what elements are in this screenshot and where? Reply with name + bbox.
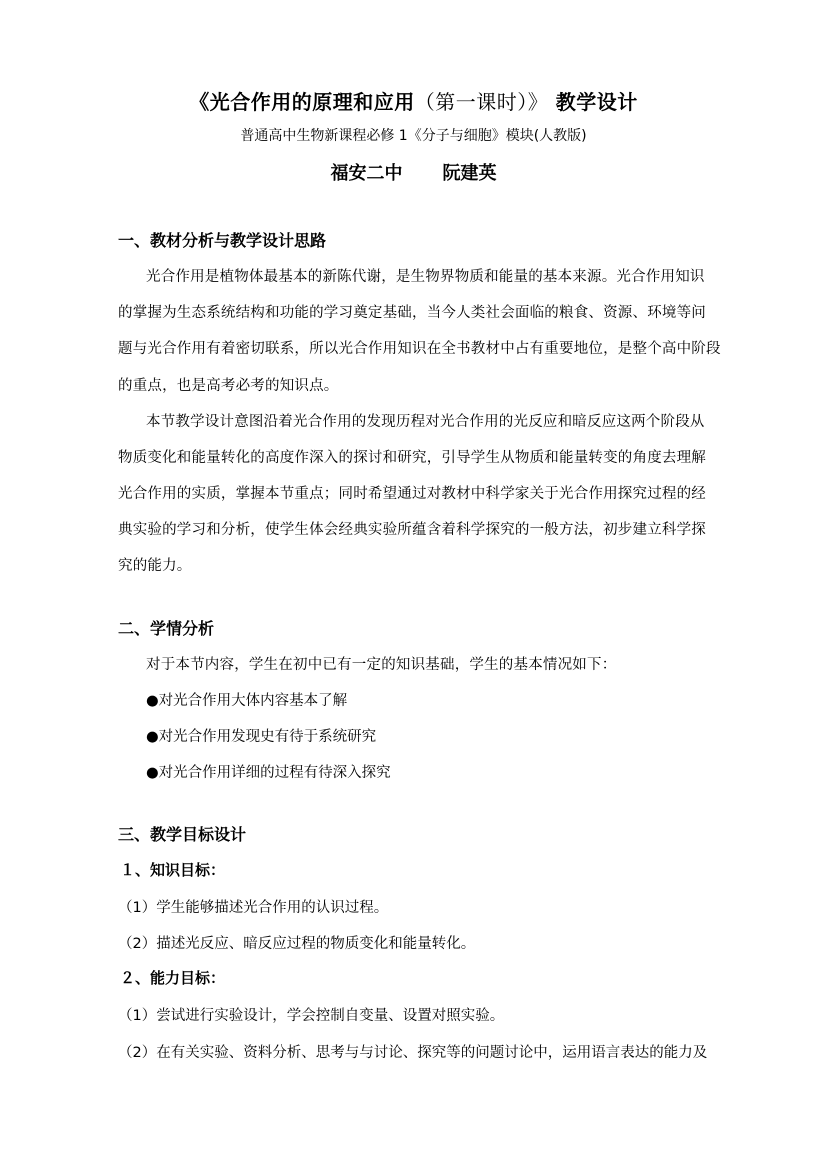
paragraph-line: 题与光合作用有着密切联系，所以光合作用知识在全书教材中占有重要地位，是整个高中阶… [118,337,721,358]
document-subtitle: 普通高中生物新课程必修 1《分子与细胞》模块(人教版) [0,125,827,145]
bullet-item: ●对光合作用发现史有待于系统研究 [146,725,376,746]
bullet-item: ●对光合作用详细的过程有待深入探究 [146,761,391,782]
paragraph-line: 本节教学设计意图沿着光合作用的发现历程对光合作用的光反应和暗反应这两个阶段从 [146,410,705,431]
subsection-heading: ２、能力目标： [120,967,225,988]
document-title: 《光合作用的原理和应用（第一课时）》 教学设计 [0,86,827,115]
section-heading-3: 三、教学目标设计 [118,822,246,845]
paragraph-line: 物质变化和能量转化的高度作深入的探讨和研究，引导学生从物质和能量转变的角度去理解 [118,446,706,467]
author-name: 阮建英 [443,163,497,184]
objective-item: （2）在有关实验、资料分析、思考与与讨论、探究等的问题讨论中，运用语言表达的能力… [118,1041,707,1062]
author-school: 福安二中 [331,163,403,184]
document-page: 《光合作用的原理和应用（第一课时）》 教学设计 普通高中生物新课程必修 1《分子… [0,0,827,1170]
section-heading-2: 二、学情分析 [118,616,214,639]
section-intro: 对于本节内容，学生在初中已有一定的知识基础，学生的基本情况如下： [146,653,616,674]
bullet-item: ●对光合作用大体内容基本了解 [146,689,347,710]
paragraph-line: 典实验的学习和分析，使学生体会经典实验所蕴含着科学探究的一般方法，初步建立科学探 [118,518,706,539]
objective-item: （1）学生能够描述光合作用的认识过程。 [118,896,388,917]
paragraph-line: 光合作用是植物体最基本的新陈代谢，是生物界物质和能量的基本来源。光合作用知识 [146,265,705,286]
title-main: 《光合作用的原理和应用 [189,90,415,114]
objective-item: （1）尝试进行实验设计，学会控制自变量、设置对照实验。 [118,1004,504,1025]
objective-item: （2）描述光反应、暗反应过程的物质变化和能量转化。 [118,932,475,953]
section-heading-1: 一、教材分析与教学设计思路 [118,228,326,251]
paragraph-line: 光合作用的实质，掌握本节重点；同时希望通过对教材中科学家关于光合作用探究过程的经 [118,482,706,503]
author-line: 福安二中阮建英 [0,159,827,185]
title-paren: （第一课时）》 [415,90,549,114]
paragraph-line: 的重点，也是高考必考的知识点。 [118,374,339,395]
paragraph-line: 究的能力。 [118,554,192,575]
paragraph-line: 的掌握为生态系统结构和功能的学习奠定基础，当今人类社会面临的粮食、资源、环境等问 [118,301,706,322]
title-suffix: 教学设计 [548,90,637,114]
subsection-heading: １、知识目标： [120,859,225,880]
